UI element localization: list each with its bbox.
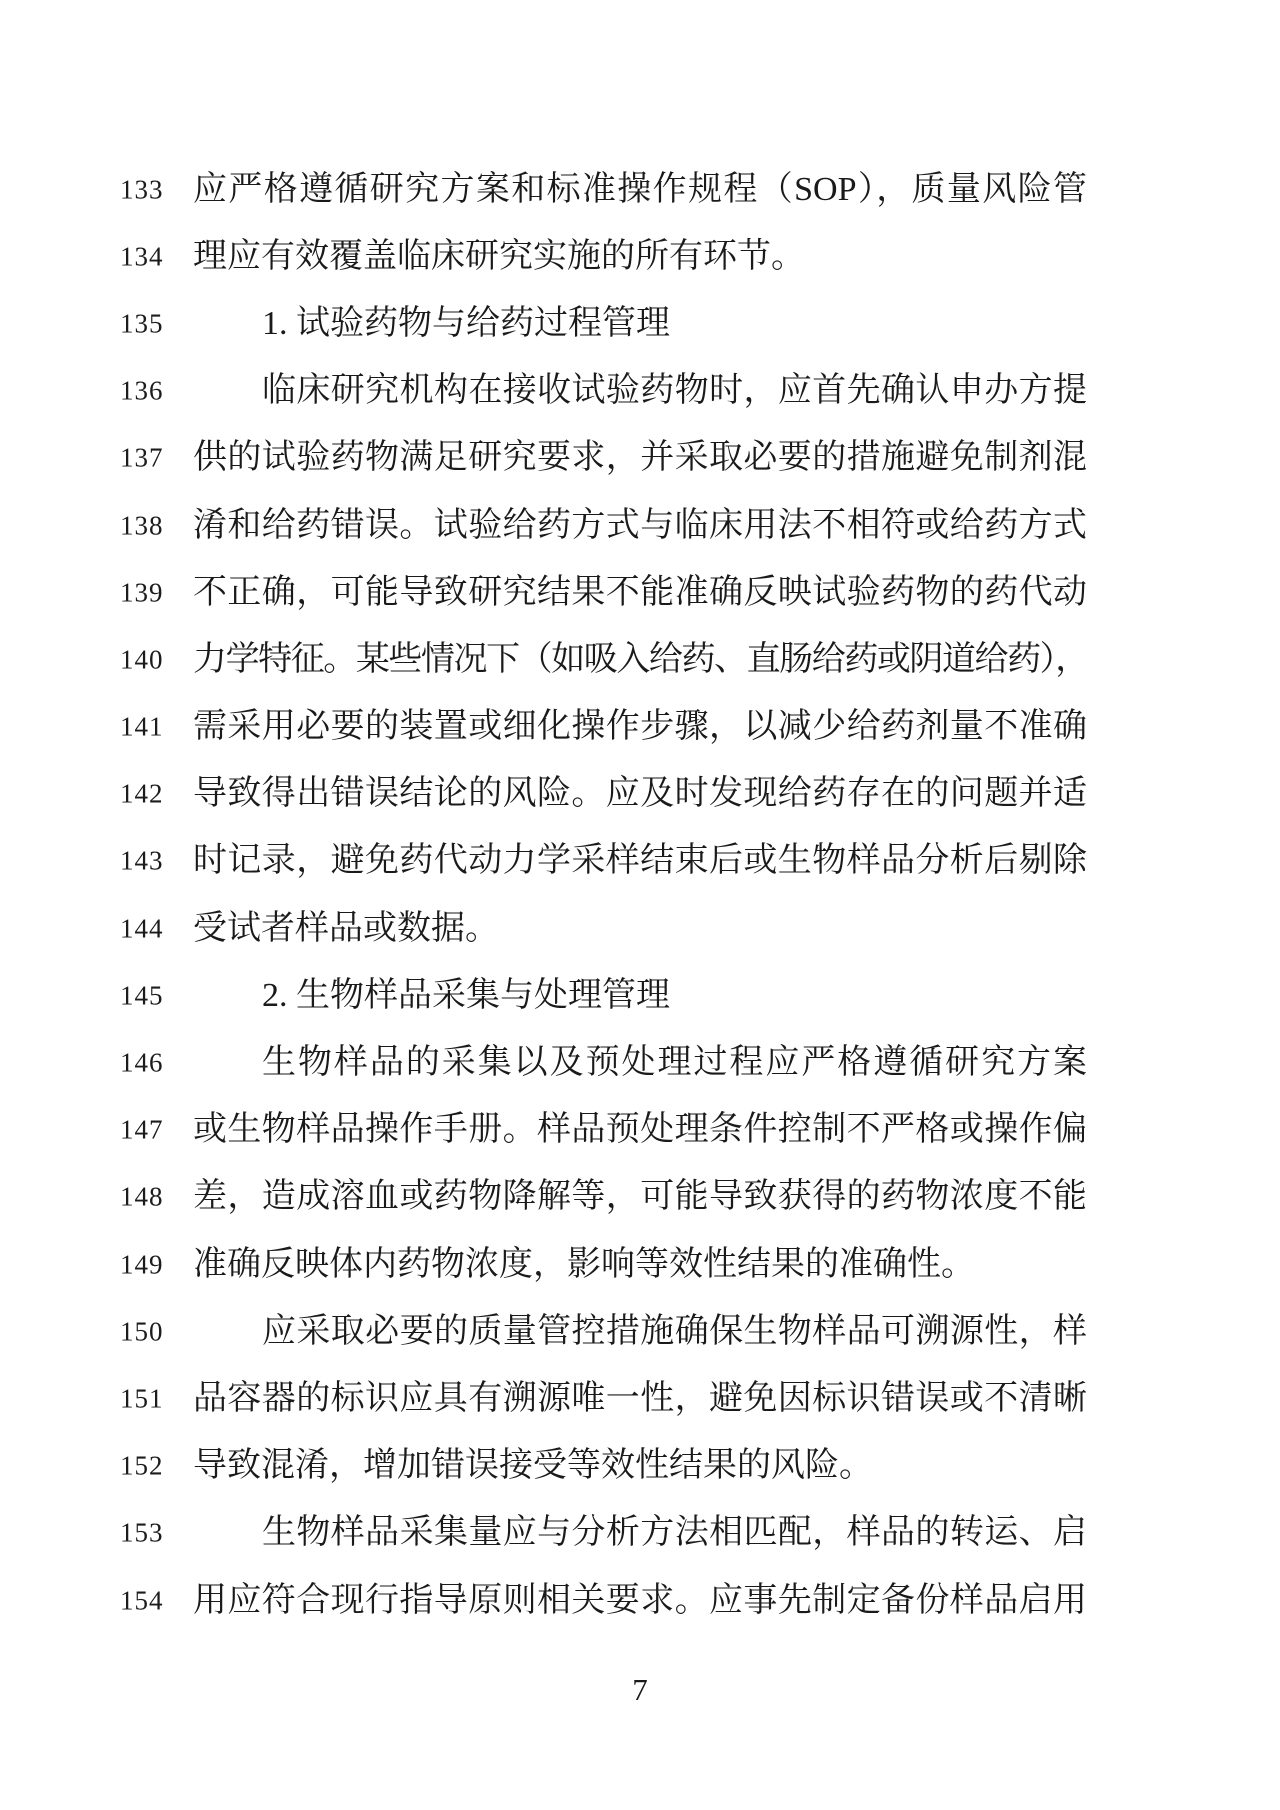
line-text: 应严格遵循研究方案和标准操作规程（SOP），质量风险管 — [193, 168, 1087, 211]
line-text: 不正确，可能导致研究结果不能准确反映试验药物的药代动 — [193, 571, 1087, 614]
line-number: 145 — [120, 980, 164, 1011]
line-number: 141 — [120, 712, 164, 743]
line-number: 150 — [120, 1316, 164, 1347]
text-line-row: 134 理应有效覆盖临床研究实施的所有环节。 — [0, 223, 1280, 290]
line-text: 生物样品的采集以及预处理过程应严格遵循研究方案 — [193, 1042, 1087, 1085]
text-line-row: 133 应严格遵循研究方案和标准操作规程（SOP），质量风险管 — [0, 156, 1280, 223]
text-line-row: 154 用应符合现行指导原则相关要求。应事先制定备份样品启用 — [0, 1567, 1280, 1634]
line-number: 138 — [120, 510, 164, 541]
line-text: 或生物样品操作手册。样品预处理条件控制不严格或操作偏 — [193, 1109, 1087, 1152]
line-text: 受试者样品或数据。 — [193, 907, 1087, 950]
line-text: 力学特征。某些情况下（如吸入给药、直肠给药或阴道给药）， — [193, 639, 1087, 682]
text-line-row: 143 时记录，避免药代动力学采样结束后或生物样品分析后剔除 — [0, 828, 1280, 895]
document-page: 133 应严格遵循研究方案和标准操作规程（SOP），质量风险管 134 理应有效… — [0, 0, 1280, 1810]
text-line-row: 148 差，造成溶血或药物降解等，可能导致获得的药物浓度不能 — [0, 1164, 1280, 1231]
text-line-row: 136 临床研究机构在接收试验药物时，应首先确认申办方提 — [0, 358, 1280, 425]
line-number: 154 — [120, 1585, 164, 1616]
line-number: 142 — [120, 779, 164, 810]
line-number: 136 — [120, 376, 164, 407]
text-line-row: 153 生物样品采集量应与分析方法相匹配，样品的转运、启 — [0, 1500, 1280, 1567]
line-text: 差，造成溶血或药物降解等，可能导致获得的药物浓度不能 — [193, 1176, 1087, 1219]
line-number: 144 — [120, 913, 164, 944]
line-text: 应采取必要的质量管控措施确保生物样品可溯源性，样 — [193, 1311, 1087, 1354]
line-text: 理应有效覆盖临床研究实施的所有环节。 — [193, 236, 1087, 279]
text-line-row: 149 准确反映体内药物浓度，影响等效性结果的准确性。 — [0, 1231, 1280, 1298]
line-text: 生物样品采集量应与分析方法相匹配，样品的转运、启 — [193, 1512, 1087, 1555]
text-line-row: 144 受试者样品或数据。 — [0, 895, 1280, 962]
line-text: 导致混淆，增加错误接受等效性结果的风险。 — [193, 1445, 1087, 1488]
page-number: 7 — [0, 1672, 1280, 1708]
line-number: 151 — [120, 1383, 164, 1414]
line-text: 淆和给药错误。试验给药方式与临床用法不相符或给药方式 — [193, 504, 1087, 547]
text-line-row: 137 供的试验药物满足研究要求，并采取必要的措施避免制剂混 — [0, 425, 1280, 492]
line-number: 149 — [120, 1249, 164, 1280]
line-text: 导致得出错误结论的风险。应及时发现给药存在的问题并适 — [193, 773, 1087, 816]
text-line-row: 150 应采取必要的质量管控措施确保生物样品可溯源性，样 — [0, 1298, 1280, 1365]
text-line-row: 139 不正确，可能导致研究结果不能准确反映试验药物的药代动 — [0, 559, 1280, 626]
text-line-row: 145 2. 生物样品采集与处理管理 — [0, 962, 1280, 1029]
line-text: 供的试验药物满足研究要求，并采取必要的措施避免制剂混 — [193, 437, 1087, 480]
text-line-row: 140 力学特征。某些情况下（如吸入给药、直肠给药或阴道给药）， — [0, 626, 1280, 693]
line-number: 148 — [120, 1182, 164, 1213]
line-number: 137 — [120, 443, 164, 474]
text-line-row: 141 需采用必要的装置或细化操作步骤，以减少给药剂量不准确 — [0, 694, 1280, 761]
text-line-row: 142 导致得出错误结论的风险。应及时发现给药存在的问题并适 — [0, 761, 1280, 828]
text-line-row: 146 生物样品的采集以及预处理过程应严格遵循研究方案 — [0, 1029, 1280, 1096]
line-number: 139 — [120, 577, 164, 608]
text-line-row: 151 品容器的标识应具有溯源唯一性，避免因标识错误或不清晰 — [0, 1365, 1280, 1432]
line-number: 143 — [120, 846, 164, 877]
line-text: 准确反映体内药物浓度，影响等效性结果的准确性。 — [193, 1243, 1087, 1286]
line-number: 152 — [120, 1451, 164, 1482]
line-number: 140 — [120, 644, 164, 675]
text-line-row: 147 或生物样品操作手册。样品预处理条件控制不严格或操作偏 — [0, 1097, 1280, 1164]
numbered-text-block: 133 应严格遵循研究方案和标准操作规程（SOP），质量风险管 134 理应有效… — [0, 156, 1280, 1634]
line-number: 153 — [120, 1518, 164, 1549]
line-number: 147 — [120, 1115, 164, 1146]
text-line-row: 138 淆和给药错误。试验给药方式与临床用法不相符或给药方式 — [0, 492, 1280, 559]
text-line-row: 152 导致混淆，增加错误接受等效性结果的风险。 — [0, 1433, 1280, 1500]
line-text: 临床研究机构在接收试验药物时，应首先确认申办方提 — [193, 370, 1087, 413]
line-text: 用应符合现行指导原则相关要求。应事先制定备份样品启用 — [193, 1579, 1087, 1622]
line-number: 146 — [120, 1048, 164, 1079]
line-text: 1. 试验药物与给药过程管理 — [193, 303, 1087, 346]
text-line-row: 135 1. 试验药物与给药过程管理 — [0, 290, 1280, 357]
line-text: 需采用必要的装置或细化操作步骤，以减少给药剂量不准确 — [193, 706, 1087, 749]
line-number: 133 — [120, 174, 164, 205]
line-number: 135 — [120, 308, 164, 339]
line-text: 品容器的标识应具有溯源唯一性，避免因标识错误或不清晰 — [193, 1378, 1087, 1421]
line-text: 时记录，避免药代动力学采样结束后或生物样品分析后剔除 — [193, 840, 1087, 883]
line-number: 134 — [120, 241, 164, 272]
line-text: 2. 生物样品采集与处理管理 — [193, 975, 1087, 1018]
